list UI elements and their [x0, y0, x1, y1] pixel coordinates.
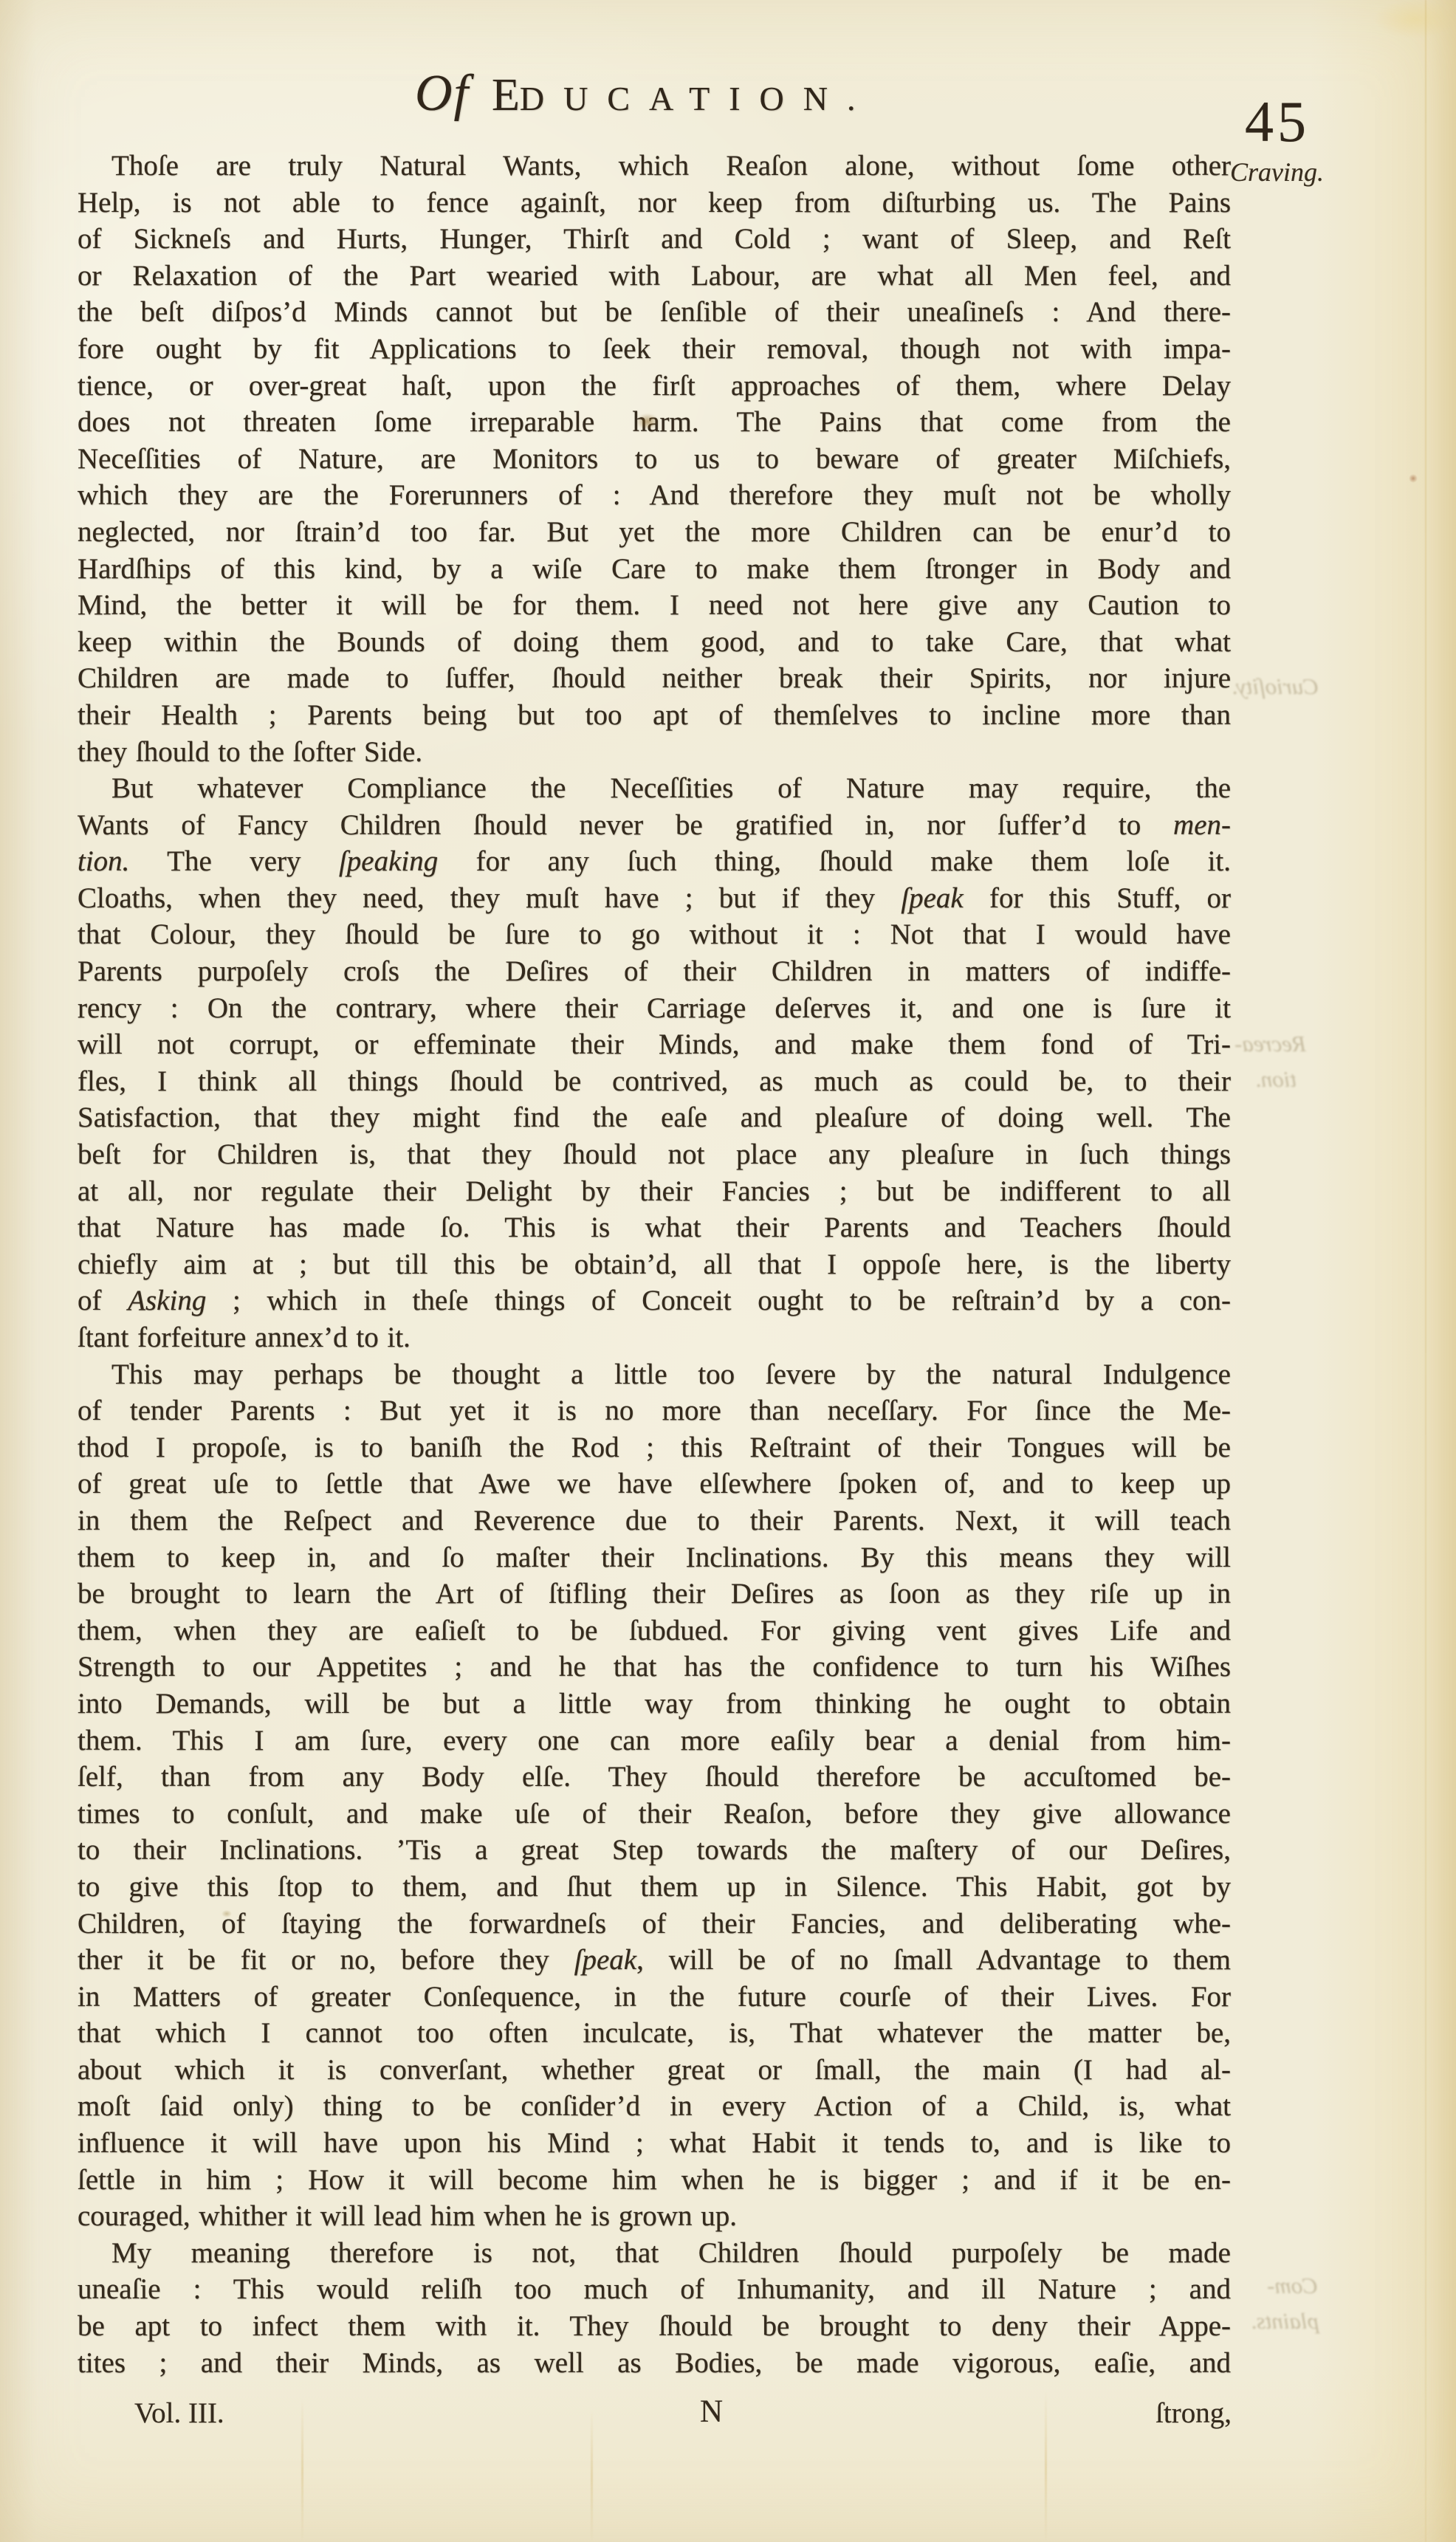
roman-text: of tender Parents : But yet it is no mor…: [78, 1395, 1231, 1426]
ghost-note-complaints-1: Com-: [1267, 2273, 1318, 2299]
body-line: Neceſſities of Nature, are Monitors to u…: [78, 441, 1231, 478]
body-line: that Nature has made ſo. This is what th…: [78, 1209, 1231, 1246]
roman-text: beſt for Children is, that they ſhould n…: [78, 1138, 1231, 1170]
ghost-note-recreation-1: Recrea-: [1234, 1031, 1306, 1057]
roman-text: them. This I am ſure, every one can more…: [78, 1725, 1231, 1756]
roman-text: be brought to learn the Art of ſtifling …: [78, 1578, 1231, 1610]
body-line: rency : On the contrary, where their Car…: [78, 990, 1231, 1027]
roman-text: or Relaxation of the Part wearied with L…: [78, 260, 1231, 292]
roman-text: Cloaths, when they need, they muſt have …: [78, 882, 901, 914]
roman-text: thod I propoſe, is to baniſh the Rod ; t…: [78, 1432, 1231, 1463]
body-line: My meaning therefore is not, that Childr…: [78, 2235, 1231, 2272]
margin-note-craving: Craving.: [1230, 157, 1324, 188]
paper-streak: [1045, 2392, 1047, 2542]
italic-text: ſpeak: [574, 1944, 636, 1976]
italic-text: ſpeaking: [339, 845, 438, 877]
roman-text: in Matters of greater Conſequence, in th…: [78, 1981, 1231, 2013]
roman-text: keep within the Bounds of doing them goo…: [78, 626, 1231, 658]
body-line: But whatever Compliance the Neceſſities …: [78, 770, 1231, 807]
roman-text: Children, of ſtaying the forwardneſs of …: [78, 1908, 1231, 1940]
body-line: be apt to infect them with it. They ſhou…: [78, 2308, 1231, 2345]
roman-text: at all, nor regulate their Delight by th…: [78, 1175, 1231, 1207]
roman-text: times to conſult, and make uſe of their …: [78, 1798, 1231, 1830]
body-line: fore ought by fit Applications to ſeek t…: [78, 331, 1231, 368]
roman-text: tites ; and their Minds, as well as Bodi…: [78, 2347, 1231, 2379]
roman-text: ſelf, than from any Body elſe. They ſhou…: [78, 1761, 1231, 1793]
body-line: Cloaths, when they need, they muſt have …: [78, 880, 1231, 917]
roman-text: their Health ; Parents being but too apt…: [78, 699, 1231, 731]
body-line: ſtant forfeiture annex’d to it.: [78, 1319, 1231, 1356]
roman-text: Neceſſities of Nature, are Monitors to u…: [78, 443, 1231, 475]
body-line: This may perhaps be thought a little too…: [78, 1356, 1231, 1393]
body-line: of Sickneſs and Hurts, Hunger, Thirſt an…: [78, 221, 1231, 258]
body-line: ſelf, than from any Body elſe. They ſhou…: [78, 1759, 1231, 1796]
roman-text: about which it is converſant, whether gr…: [78, 2054, 1231, 2086]
body-line: moſt ſaid only) thing to be conſider’d i…: [78, 2088, 1231, 2125]
roman-text: Thoſe are truly Natural Wants, which Rea…: [111, 150, 1231, 182]
body-line: in them the Reſpect and Reverence due to…: [78, 1502, 1231, 1539]
roman-text: the beſt diſpos’d Minds cannot but be ſe…: [78, 296, 1231, 328]
running-head: OfEDUCATION.: [415, 68, 874, 120]
roman-text: My meaning therefore is not, that Childr…: [111, 2237, 1231, 2269]
running-head-of: Of: [415, 65, 470, 122]
roman-text: they ſhould to the ſofter Side.: [78, 736, 422, 768]
roman-text: them, when they are eaſieſt to be ſubdue…: [78, 1615, 1231, 1646]
roman-text: fore ought by fit Applications to ſeek t…: [78, 333, 1231, 365]
body-line: Satisfaction, that they might find the e…: [78, 1099, 1231, 1136]
roman-text: Help, is not able to fence againſt, nor …: [78, 187, 1231, 219]
roman-text: ſtant forfeiture annex’d to it.: [78, 1322, 411, 1353]
body-line: will not corrupt, or effeminate their Mi…: [78, 1026, 1231, 1063]
body-line: of Asking ; which in theſe things of Con…: [78, 1282, 1231, 1319]
body-line: they ſhould to the ſofter Side.: [78, 734, 1231, 771]
body-line: to their Inclinations. ’Tis a great Step…: [78, 1832, 1231, 1869]
roman-text: be apt to infect them with it. They ſhou…: [78, 2310, 1231, 2342]
body-line: into Demands, will be but a little way f…: [78, 1686, 1231, 1722]
roman-text: Satisfaction, that they might find the e…: [78, 1102, 1231, 1133]
body-line: to give this ſtop to them, and ſhut them…: [78, 1869, 1231, 1906]
roman-text: The very: [129, 845, 339, 877]
roman-text: But whatever Compliance the Neceſſities …: [111, 772, 1231, 804]
body-line: be brought to learn the Art of ſtifling …: [78, 1576, 1231, 1612]
body-line: fles, I think all things ſhould be contr…: [78, 1063, 1231, 1100]
roman-text: Wants of Fancy Children ſhould never be …: [78, 809, 1173, 841]
body-line: Hardſhips of this kind, by a wiſe Care t…: [78, 551, 1231, 588]
signature-mark: N: [700, 2394, 723, 2430]
roman-text: of great uſe to ſettle that Awe we have …: [78, 1468, 1231, 1500]
volume-label: Vol. III.: [134, 2397, 224, 2430]
roman-text: neglected, nor ſtrain’d too far. But yet…: [78, 516, 1231, 548]
body-line: Children are made to ſuffer, ſhould neit…: [78, 660, 1231, 697]
roman-text: in them the Reſpect and Reverence due to…: [78, 1505, 1231, 1536]
roman-text: into Demands, will be but a little way f…: [78, 1688, 1231, 1720]
body-line: the beſt diſpos’d Minds cannot but be ſe…: [78, 294, 1231, 331]
body-line: chiefly aim at ; but till this be obtain…: [78, 1246, 1231, 1283]
body-line: keep within the Bounds of doing them goo…: [78, 624, 1231, 661]
paper-streak: [591, 2411, 593, 2542]
body-line: which they are the Forerunners of : And …: [78, 477, 1231, 514]
body-line: couraged, whither it will lead him when …: [78, 2198, 1231, 2235]
body-line: uneaſie : This would reliſh too much of …: [78, 2271, 1231, 2308]
body-line: at all, nor regulate their Delight by th…: [78, 1173, 1231, 1210]
roman-text: that Nature has made ſo. This is what th…: [78, 1212, 1231, 1243]
roman-text: couraged, whither it will lead him when …: [78, 2200, 737, 2232]
body-line: Thoſe are truly Natural Wants, which Rea…: [78, 148, 1231, 185]
roman-text: Parents purpoſely croſs the Deſires of t…: [78, 955, 1231, 987]
body-line: in Matters of greater Conſequence, in th…: [78, 1979, 1231, 2016]
body-line: beſt for Children is, that they ſhould n…: [78, 1136, 1231, 1173]
body-line: neglected, nor ſtrain’d too far. But yet…: [78, 514, 1231, 551]
body-line: ther it be fit or no, before they ſpeak,…: [78, 1942, 1231, 1979]
roman-text: Mind, the better it will be for them. I …: [78, 589, 1231, 621]
roman-text: fles, I think all things ſhould be contr…: [78, 1065, 1231, 1097]
roman-text: which they are the Forerunners of : And …: [78, 479, 1231, 511]
body-line: ſettle in him ; How it will become him w…: [78, 2162, 1231, 2199]
roman-text: influence it will have upon his Mind ; w…: [78, 2127, 1231, 2159]
body-text: Thoſe are truly Natural Wants, which Rea…: [78, 148, 1231, 2381]
body-line: about which it is converſant, whether gr…: [78, 2052, 1231, 2089]
body-line: influence it will have upon his Mind ; w…: [78, 2125, 1231, 2162]
paper-streak: [301, 2400, 303, 2542]
roman-text: Hardſhips of this kind, by a wiſe Care t…: [78, 553, 1231, 585]
roman-text: for any ſuch thing, ſhould make them loſ…: [438, 845, 1231, 877]
roman-text: to give this ſtop to them, and ſhut them…: [78, 1871, 1231, 1903]
body-line: their Health ; Parents being but too apt…: [78, 697, 1231, 734]
body-line: that Colour, they ſhould be ſure to go w…: [78, 916, 1231, 953]
roman-text: ther it be fit or no, before they: [78, 1944, 574, 1976]
body-line: tience, or over-great haſt, upon the fir…: [78, 368, 1231, 405]
body-line: them to keep in, and ſo maſter their Inc…: [78, 1539, 1231, 1576]
body-line: of great uſe to ſettle that Awe we have …: [78, 1466, 1231, 1502]
ghost-note-complaints-2: plaints.: [1251, 2308, 1319, 2335]
running-head-title: DUCATION.: [520, 80, 875, 117]
body-line: them, when they are eaſieſt to be ſubdue…: [78, 1612, 1231, 1649]
ghost-note-recreation-2: tion.: [1255, 1066, 1297, 1093]
body-line: Mind, the better it will be for them. I …: [78, 587, 1231, 624]
body-line: of tender Parents : But yet it is no mor…: [78, 1392, 1231, 1429]
roman-text: This may perhaps be thought a little too…: [111, 1358, 1231, 1390]
italic-text: men-: [1173, 809, 1231, 841]
roman-text: uneaſie : This would reliſh too much of …: [78, 2273, 1231, 2305]
roman-text: will not corrupt, or effeminate their Mi…: [78, 1028, 1231, 1060]
roman-text: tience, or over-great haſt, upon the fir…: [78, 370, 1231, 402]
catchword: ſtrong,: [1054, 2397, 1232, 2430]
foxing-spot: [1409, 474, 1418, 483]
body-line: Wants of Fancy Children ſhould never be …: [78, 807, 1231, 844]
roman-text: that Colour, they ſhould be ſure to go w…: [78, 918, 1231, 950]
body-line: Strength to our Appetites ; and he that …: [78, 1649, 1231, 1686]
body-line: Help, is not able to fence againſt, nor …: [78, 185, 1231, 221]
body-line: that which I cannot too often inculcate,…: [78, 2015, 1231, 2052]
roman-text: chiefly aim at ; but till this be obtain…: [78, 1248, 1231, 1280]
body-line: Parents purpoſely croſs the Deſires of t…: [78, 953, 1231, 990]
running-head-initial: E: [492, 70, 520, 120]
body-line: Children, of ſtaying the forwardneſs of …: [78, 1906, 1231, 1942]
body-line: tion. The very ſpeaking for any ſuch thi…: [78, 843, 1231, 880]
roman-text: for this Stuff, or: [964, 882, 1231, 914]
italic-text: Asking: [128, 1285, 206, 1316]
page-edge-line: [1425, 0, 1426, 2542]
roman-text: rency : On the contrary, where their Car…: [78, 992, 1231, 1024]
roman-text: of: [78, 1285, 128, 1316]
book-page-scan: OfEDUCATION. 45 Craving. Curioſity. Recr…: [0, 0, 1456, 2542]
body-line: times to conſult, and make uſe of their …: [78, 1796, 1231, 1832]
roman-text: them to keep in, and ſo maſter their Inc…: [78, 1542, 1231, 1573]
roman-text: of Sickneſs and Hurts, Hunger, Thirſt an…: [78, 223, 1231, 255]
italic-text: ſpeak: [901, 882, 963, 914]
roman-text: ſettle in him ; How it will become him w…: [78, 2164, 1231, 2196]
body-line: thod I propoſe, is to baniſh the Rod ; t…: [78, 1429, 1231, 1466]
roman-text: that which I cannot too often inculcate,…: [78, 2017, 1231, 2049]
body-line: or Relaxation of the Part wearied with L…: [78, 258, 1231, 295]
roman-text: Strength to our Appetites ; and he that …: [78, 1651, 1231, 1683]
ghost-note-curiosity: Curioſity.: [1232, 673, 1319, 700]
italic-text: tion.: [78, 845, 129, 877]
roman-text: Children are made to ſuffer, ſhould neit…: [78, 662, 1231, 694]
roman-text: moſt ſaid only) thing to be conſider’d i…: [78, 2090, 1231, 2122]
page-number: 45: [1245, 89, 1310, 155]
body-line: does not threaten ſome irreparable harm.…: [78, 404, 1231, 441]
body-line: tites ; and their Minds, as well as Bodi…: [78, 2345, 1231, 2382]
roman-text: ; which in theſe things of Conceit ought…: [206, 1285, 1231, 1316]
roman-text: , will be of no ſmall Advantage to them: [636, 1944, 1231, 1976]
body-line: them. This I am ſure, every one can more…: [78, 1722, 1231, 1759]
roman-text: to their Inclinations. ’Tis a great Step…: [78, 1834, 1231, 1866]
roman-text: does not threaten ſome irreparable harm.…: [78, 406, 1231, 438]
